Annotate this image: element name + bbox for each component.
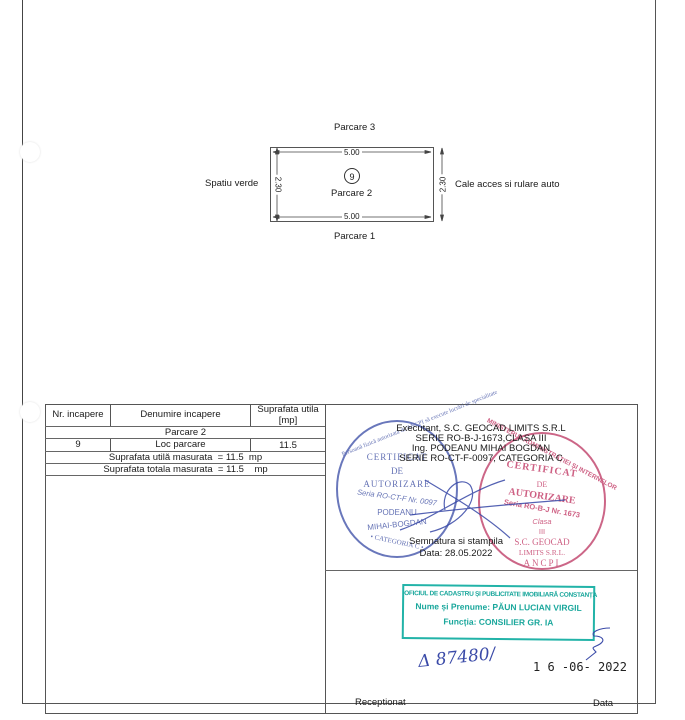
header-suprafata: Suprafata utila [mp] <box>251 404 325 426</box>
ocpi-reception-stamp: OFICIUL DE CADASTRU ȘI PUBLICITATE IMOBI… <box>402 584 596 641</box>
label-spatiu-verde: Spatiu verde <box>205 178 258 189</box>
suprafata-utila-total: Suprafata utilă masurata = 11.5 mp <box>46 452 325 463</box>
label-parcare-3: Parcare 3 <box>334 122 375 133</box>
group-row: Parcare 2 <box>46 427 325 438</box>
executant-date: Data: 28.05.2022 <box>326 548 586 559</box>
dimension-left: 2.30 <box>273 175 282 195</box>
suprafata-totala: Suprafata totala masurata = 11.5 mp <box>46 464 325 475</box>
cell-nr: 9 <box>46 439 110 450</box>
right-panel-divider <box>325 570 637 571</box>
dimension-bottom: 5.00 <box>342 212 362 221</box>
page-border-right <box>655 0 656 704</box>
header-denumire: Denumire incapere <box>111 409 250 420</box>
punch-hole-icon <box>20 142 40 162</box>
date-label: Data <box>593 698 613 709</box>
executant-engineer-serie: SERIE RO-CT-F-0097, CATEGORIA C <box>326 453 636 464</box>
reception-date-stamp: 1 6 -06- 2022 <box>533 660 627 674</box>
received-label: Receptionat <box>355 697 406 708</box>
header-nr-incapere: Nr. incapere <box>46 409 110 420</box>
cell-denumire: Loc parcare <box>111 439 250 450</box>
room-number-badge: 9 <box>344 168 360 184</box>
label-cale-acces: Cale acces si rulare auto <box>455 179 560 190</box>
dimension-top: 5.00 <box>342 148 362 157</box>
cell-suprafata: 11.5 <box>251 440 325 451</box>
signature-label: Semnatura si stampila <box>326 536 586 547</box>
punch-hole-icon <box>20 402 40 422</box>
page-border-left <box>22 0 23 704</box>
officer-signature <box>580 622 620 662</box>
dimension-right: 2.30 <box>438 175 447 195</box>
room-name: Parcare 2 <box>331 188 372 199</box>
